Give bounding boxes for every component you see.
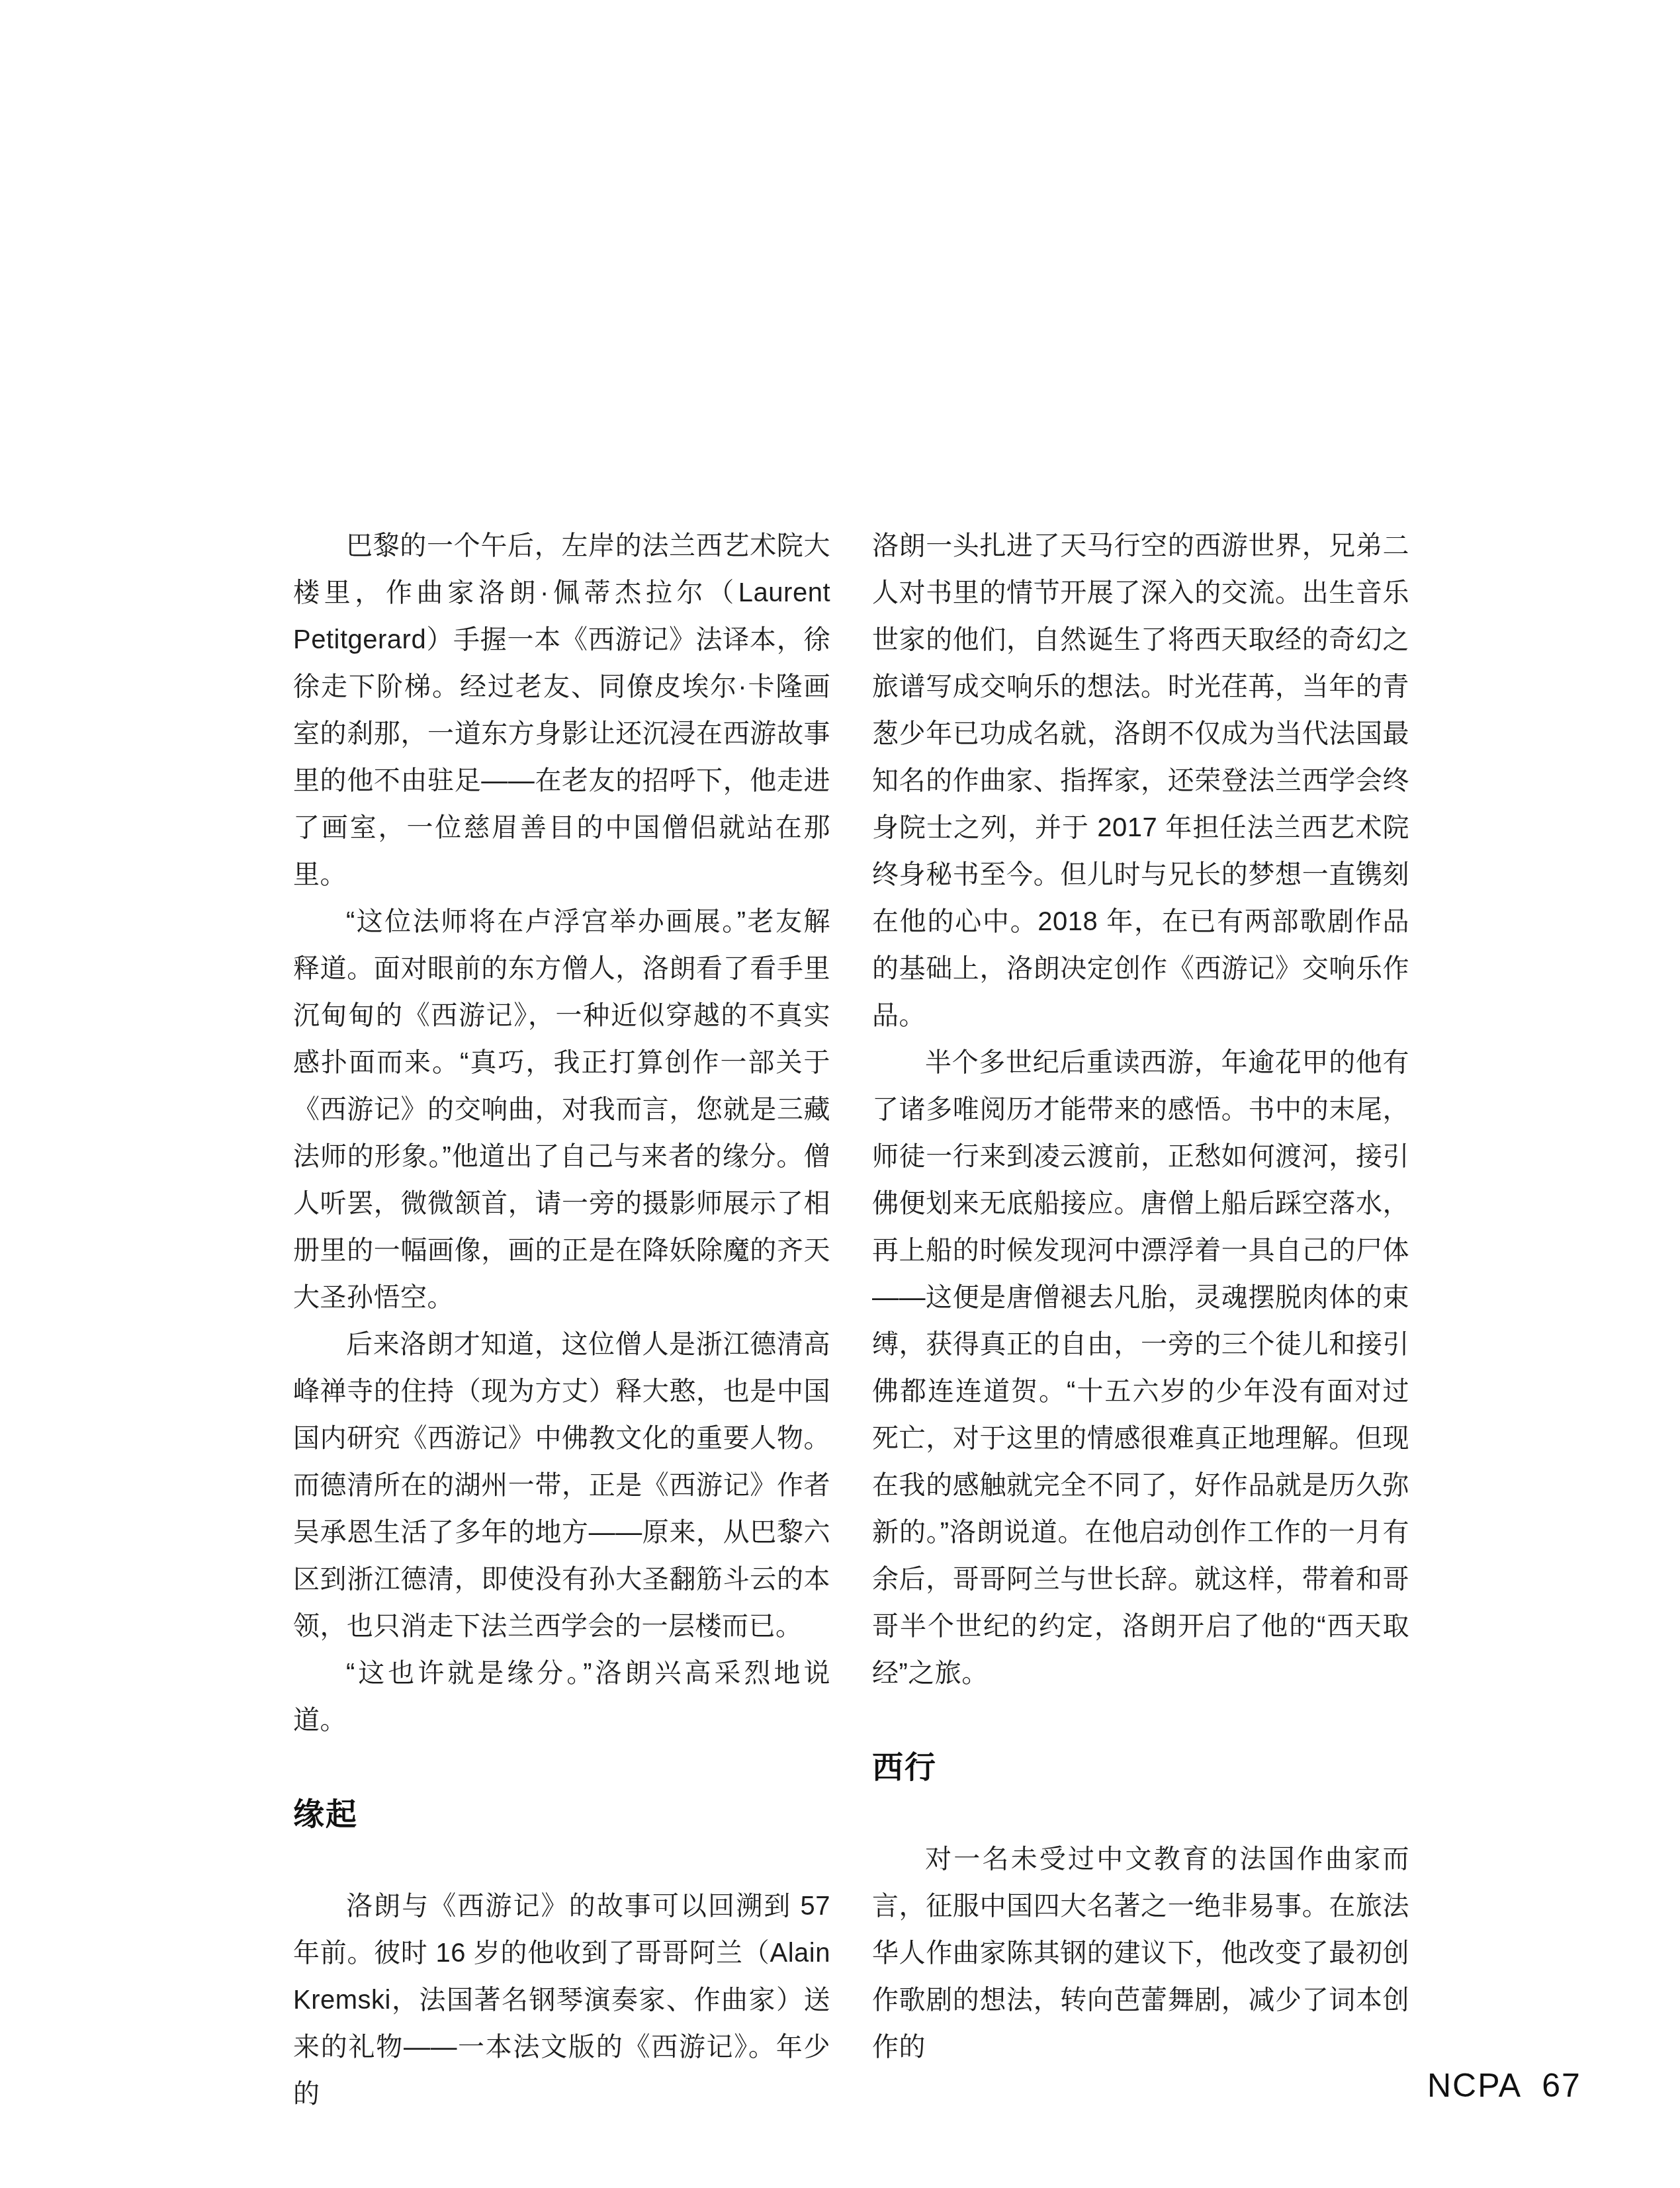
section-heading-origin: 缘起	[293, 1793, 830, 1835]
paragraph: “这也许就是缘分。”洛朗兴高采烈地说道。	[293, 1650, 830, 1744]
article-column-left: 巴黎的一个午后，左岸的法兰西艺术院大楼里，作曲家洛朗·佩蒂杰拉尔（Laurent…	[293, 523, 830, 2118]
magazine-page: 巴黎的一个午后，左岸的法兰西艺术院大楼里，作曲家洛朗·佩蒂杰拉尔（Laurent…	[0, 0, 1680, 2188]
paragraph: 洛朗与《西游记》的故事可以回溯到 57 年前。彼时 16 岁的他收到了哥哥阿兰（…	[293, 1883, 830, 2118]
paragraph: 对一名未受过中文教育的法国作曲家而言，征服中国四大名著之一绝非易事。在旅法华人作…	[872, 1836, 1409, 2071]
section-heading-westward: 西行	[872, 1746, 1409, 1788]
paragraph: “这位法师将在卢浮宫举办画展。”老友解释道。面对眼前的东方僧人，洛朗看了看手里沉…	[293, 898, 830, 1321]
paragraph: 巴黎的一个午后，左岸的法兰西艺术院大楼里，作曲家洛朗·佩蒂杰拉尔（Laurent…	[293, 523, 830, 898]
paragraph-continuation: 洛朗一头扎进了天马行空的西游世界，兄弟二人对书里的情节开展了深入的交流。出生音乐…	[872, 523, 1409, 1039]
article-column-right: 洛朗一头扎进了天马行空的西游世界，兄弟二人对书里的情节开展了深入的交流。出生音乐…	[872, 523, 1409, 2071]
page-footer: NCPA 67	[1427, 2066, 1581, 2105]
footer-page-number: 67	[1542, 2066, 1581, 2105]
paragraph: 后来洛朗才知道，这位僧人是浙江德清高峰禅寺的住持（现为方丈）释大憨，也是中国国内…	[293, 1321, 830, 1650]
footer-brand: NCPA	[1427, 2066, 1522, 2105]
paragraph: 半个多世纪后重读西游，年逾花甲的他有了诸多唯阅历才能带来的感悟。书中的末尾，师徒…	[872, 1039, 1409, 1697]
